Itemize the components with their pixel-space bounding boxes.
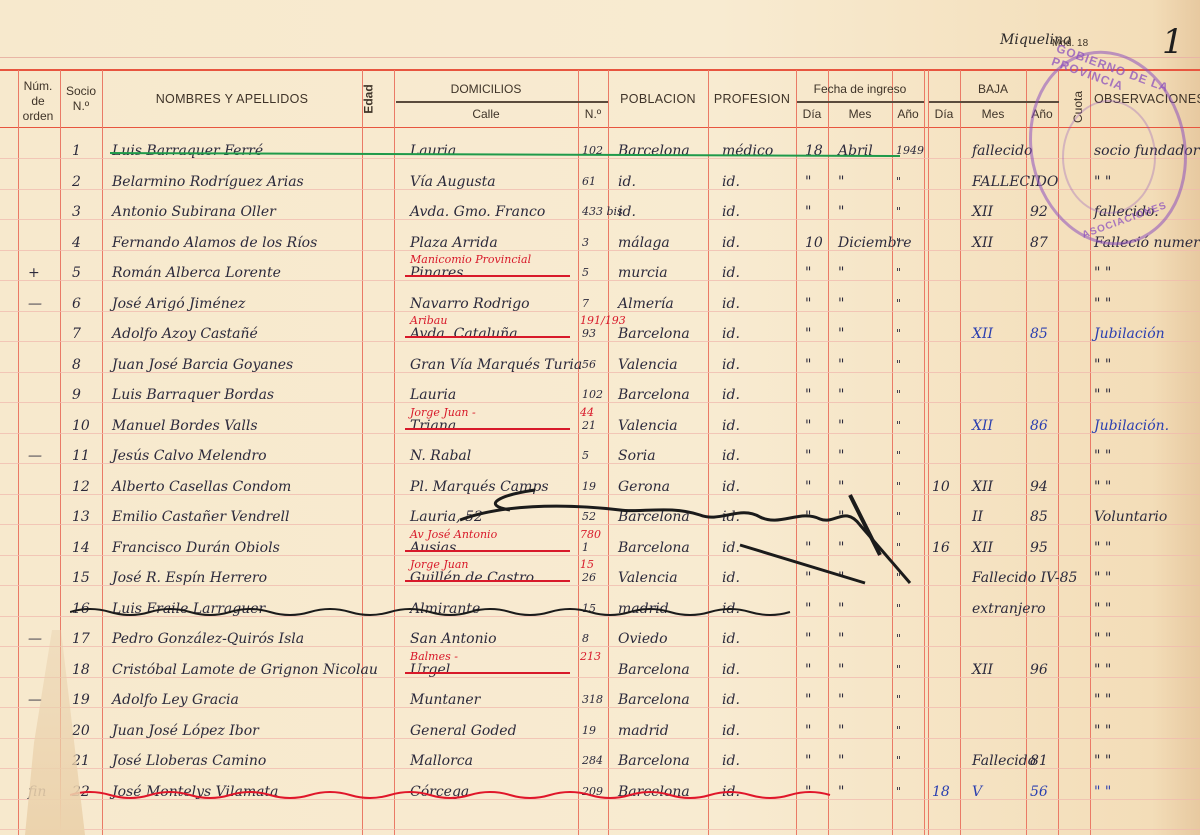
signature-scribble: [440, 465, 920, 585]
street-number: 5: [582, 265, 589, 281]
header-dia: Día: [796, 107, 828, 122]
leave-year: 81: [1030, 753, 1048, 769]
socio-number: 13: [72, 509, 90, 525]
observations: " ": [1094, 692, 1111, 708]
member-name: Román Alberca Lorente: [112, 265, 281, 281]
orden-mark: +: [28, 265, 40, 281]
observations: " ": [1094, 570, 1111, 586]
join-month: ": [838, 387, 844, 403]
leave-month: II: [972, 509, 983, 525]
city: Valencia: [618, 418, 678, 434]
street-number-correction: 213: [580, 649, 601, 665]
header-edad: Edad: [362, 80, 384, 120]
join-year: ": [896, 387, 901, 403]
city: Barcelona: [618, 387, 690, 403]
profession: id.: [722, 326, 740, 342]
join-year: ": [896, 631, 901, 647]
member-name: Manuel Bordes Valls: [112, 418, 258, 434]
orden-mark: —: [28, 448, 42, 464]
join-day: ": [805, 357, 811, 373]
page-number: 1: [1162, 22, 1184, 62]
profession: id.: [722, 753, 740, 769]
column-rule: [394, 70, 395, 835]
street-number: 56: [582, 357, 596, 373]
socio-number: 17: [72, 631, 90, 647]
socio-number: 5: [72, 265, 81, 281]
header-baja-mes: Mes: [960, 107, 1026, 122]
row-strikethrough: [70, 147, 990, 161]
leave-year: 56: [1030, 784, 1048, 800]
join-day: ": [805, 265, 811, 281]
orden-mark: —: [28, 631, 42, 647]
join-year: ": [896, 357, 901, 373]
member-name: José R. Espín Herrero: [112, 570, 267, 586]
socio-number: 12: [72, 479, 90, 495]
join-day: 10: [805, 235, 823, 251]
street-correction: Jorge Juan -: [410, 405, 476, 421]
street: Mallorca: [410, 753, 473, 769]
join-month: ": [838, 265, 844, 281]
join-year: ": [896, 723, 901, 739]
join-month: ": [838, 753, 844, 769]
city: Valencia: [618, 357, 678, 373]
member-name: Pedro González-Quirós Isla: [112, 631, 304, 647]
header-text: N.º: [60, 99, 102, 114]
join-year: ": [896, 296, 901, 312]
member-name: Jesús Calvo Melendro: [112, 448, 267, 464]
street: Plaza Arrida: [410, 235, 498, 251]
header-numero: N.º: [578, 107, 608, 122]
street-number: 19: [582, 723, 596, 739]
header-text: orden: [18, 109, 58, 124]
profession: id.: [722, 662, 740, 678]
header-fecha-ingreso: Fecha de ingreso: [796, 82, 924, 97]
header-divider: [797, 101, 924, 103]
leave-year: 85: [1030, 326, 1048, 342]
column-rule: [960, 70, 961, 835]
join-day: ": [805, 174, 811, 190]
street-correction: Manicomio Provincial: [410, 252, 531, 268]
street: Lauria: [410, 387, 456, 403]
join-day: ": [805, 296, 811, 312]
join-month: ": [838, 631, 844, 647]
member-name: Alberto Casellas Condom: [112, 479, 291, 495]
header-calle: Calle: [394, 107, 578, 122]
observations: Jubilación: [1094, 326, 1165, 342]
header-baja-dia: Día: [928, 107, 960, 122]
socio-number: 15: [72, 570, 90, 586]
city: Barcelona: [618, 326, 690, 342]
member-name: Emilio Castañer Vendrell: [112, 509, 290, 525]
street-number: 433 bis: [582, 204, 623, 220]
member-name: Adolfo Ley Gracia: [112, 692, 239, 708]
join-year: ": [896, 326, 901, 342]
column-rule: [578, 70, 579, 835]
join-day: ": [805, 418, 811, 434]
header-socio: Socio N.º: [60, 84, 102, 114]
join-day: ": [805, 662, 811, 678]
join-month: ": [838, 296, 844, 312]
stamp-emblem: [1062, 100, 1156, 214]
street: Vía Augusta: [410, 174, 496, 190]
member-name: Cristóbal Lamote de Grignon Nicolau: [112, 662, 378, 678]
street-number-correction: 44: [580, 405, 594, 421]
profession: id.: [722, 631, 740, 647]
leave-year: 87: [1030, 235, 1048, 251]
header-text: de: [18, 94, 58, 109]
ledger-page: Miquelina Mod. 18 1 Núm. de orden Socio …: [0, 0, 1200, 835]
street-number: 284: [582, 753, 603, 769]
member-name: Francisco Durán Obiols: [112, 540, 280, 556]
join-day: ": [805, 692, 811, 708]
join-day: ": [805, 204, 811, 220]
profession: id.: [722, 692, 740, 708]
header-mes: Mes: [828, 107, 892, 122]
profession: id.: [722, 723, 740, 739]
member-name: Juan José Barcia Goyanes: [112, 357, 293, 373]
leave-month: XII: [972, 479, 993, 495]
row-strikethrough: [70, 605, 990, 619]
street-correction: Balmes -: [410, 649, 458, 665]
observations: " ": [1094, 631, 1111, 647]
row-strikethrough: [70, 788, 990, 802]
join-month: ": [838, 204, 844, 220]
street: N. Rabal: [410, 448, 471, 464]
street-number: 5: [582, 448, 589, 464]
join-day: ": [805, 753, 811, 769]
column-rule: [828, 70, 829, 835]
observations: " ": [1094, 265, 1111, 281]
profession: id.: [722, 418, 740, 434]
profession: id.: [722, 235, 740, 251]
row-rule: [0, 829, 1200, 830]
member-name: Antonio Subirana Oller: [112, 204, 276, 220]
observations: Jubilación.: [1094, 418, 1169, 434]
header-divider: [396, 101, 608, 103]
join-month: ": [838, 662, 844, 678]
profession: id.: [722, 174, 740, 190]
observations: " ": [1094, 601, 1111, 617]
member-name: José Arigó Jiménez: [112, 296, 245, 312]
header-profesion: PROFESION: [708, 92, 796, 107]
correction-strike: [405, 672, 570, 674]
correction-strike: [405, 275, 570, 277]
join-year: ": [896, 662, 901, 678]
header-poblacion: POBLACION: [608, 92, 708, 107]
correction-strike: [405, 428, 570, 430]
leave-month: Fallecido: [972, 753, 1036, 769]
socio-number: 10: [72, 418, 90, 434]
profession: id.: [722, 448, 740, 464]
leave-day: 16: [932, 540, 950, 556]
member-name: Luis Barraquer Bordas: [112, 387, 274, 403]
profession: id.: [722, 357, 740, 373]
street-number: 318: [582, 692, 603, 708]
socio-number: 6: [72, 296, 81, 312]
observations: " ": [1094, 723, 1111, 739]
join-day: ": [805, 448, 811, 464]
socio-number: 8: [72, 357, 81, 373]
leave-year: 94: [1030, 479, 1048, 495]
join-day: ": [805, 387, 811, 403]
join-month: ": [838, 326, 844, 342]
profession: id.: [722, 387, 740, 403]
join-day: ": [805, 631, 811, 647]
join-day: ": [805, 326, 811, 342]
city: málaga: [618, 235, 670, 251]
join-year: ": [896, 692, 901, 708]
column-rule: [18, 70, 19, 835]
street: Muntaner: [410, 692, 480, 708]
column-rule: [608, 70, 609, 835]
header-text: Socio: [60, 84, 102, 99]
leave-month: XII: [972, 235, 993, 251]
street: Navarro Rodrigo: [410, 296, 530, 312]
column-rule: [892, 70, 893, 835]
leave-year: 95: [1030, 540, 1048, 556]
correction-strike: [405, 336, 570, 338]
join-year: ": [896, 753, 901, 769]
city: id.: [618, 204, 636, 220]
street-correction: Aribau: [410, 313, 447, 329]
street-number: 102: [582, 387, 603, 403]
city: id.: [618, 174, 636, 190]
socio-number: 2: [72, 174, 81, 190]
socio-number: 14: [72, 540, 90, 556]
join-month: ": [838, 418, 844, 434]
orden-mark: —: [28, 692, 42, 708]
join-year: ": [896, 174, 901, 190]
join-month: ": [838, 448, 844, 464]
observations: " ": [1094, 753, 1111, 769]
top-rule: [0, 57, 1200, 58]
observations: " ": [1094, 448, 1111, 464]
leave-month: XII: [972, 662, 993, 678]
leave-year: 86: [1030, 418, 1048, 434]
column-rule: [102, 70, 103, 835]
city: Soria: [618, 448, 656, 464]
column-rule: [708, 70, 709, 835]
street-number: 7: [582, 296, 589, 312]
leave-year: 96: [1030, 662, 1048, 678]
socio-number: 18: [72, 662, 90, 678]
city: Almería: [618, 296, 674, 312]
observations: " ": [1094, 784, 1111, 800]
observations: " ": [1094, 662, 1111, 678]
city: madrid: [618, 723, 669, 739]
leave-day: 10: [932, 479, 950, 495]
street-number: 8: [582, 631, 589, 647]
observations: " ": [1094, 296, 1111, 312]
street: General Goded: [410, 723, 517, 739]
street-number-correction: 191/193: [580, 313, 626, 329]
city: murcia: [618, 265, 668, 281]
header-text: Núm.: [18, 79, 58, 94]
join-month: ": [838, 357, 844, 373]
header-top-rule: [0, 69, 1200, 71]
observations: " ": [1094, 479, 1111, 495]
header-text: Edad: [362, 84, 376, 113]
column-rule: [924, 70, 925, 835]
socio-number: 3: [72, 204, 81, 220]
leave-month: XII: [972, 326, 993, 342]
socio-number: 7: [72, 326, 81, 342]
header-num-orden: Núm. de orden: [18, 79, 58, 124]
header-domicilios: DOMICILIOS: [394, 82, 578, 97]
join-day: ": [805, 723, 811, 739]
member-name: Belarmino Rodríguez Arias: [112, 174, 304, 190]
street: San Antonio: [410, 631, 497, 647]
leave-year: 92: [1030, 204, 1048, 220]
socio-number: 11: [72, 448, 90, 464]
join-year: ": [896, 265, 901, 281]
observations: Voluntario: [1094, 509, 1167, 525]
leave-month: XII: [972, 204, 993, 220]
city: Barcelona: [618, 753, 690, 769]
member-name: Fernando Alamos de los Ríos: [112, 235, 317, 251]
header-bottom-rule: [0, 127, 1200, 128]
leave-month: XII: [972, 418, 993, 434]
join-month: ": [838, 174, 844, 190]
socio-number: 19: [72, 692, 90, 708]
member-name: José Lloberas Camino: [112, 753, 266, 769]
join-year: ": [896, 235, 901, 251]
column-rule: [928, 70, 929, 835]
socio-number: 9: [72, 387, 81, 403]
column-rule: [796, 70, 797, 835]
observations: " ": [1094, 357, 1111, 373]
profession: id.: [722, 265, 740, 281]
leave-month: XII: [972, 540, 993, 556]
city: Oviedo: [618, 631, 668, 647]
profession: id.: [722, 204, 740, 220]
header-nombres: NOMBRES Y APELLIDOS: [102, 92, 362, 107]
header-anio: Año: [892, 107, 924, 122]
join-year: ": [896, 204, 901, 220]
member-name: Juan José López Ibor: [112, 723, 259, 739]
join-month: ": [838, 723, 844, 739]
leave-year: 85: [1030, 509, 1048, 525]
observations: " ": [1094, 540, 1111, 556]
join-month: ": [838, 692, 844, 708]
observations: " ": [1094, 387, 1111, 403]
city: Barcelona: [618, 662, 690, 678]
join-year: ": [896, 448, 901, 464]
member-name: Adolfo Azoy Castañé: [112, 326, 258, 342]
city: Barcelona: [618, 692, 690, 708]
street-number: 3: [582, 235, 589, 251]
socio-number: 20: [72, 723, 90, 739]
socio-number: 4: [72, 235, 81, 251]
orden-mark: —: [28, 296, 42, 312]
column-rule: [362, 70, 363, 835]
profession: id.: [722, 296, 740, 312]
street-number: 61: [582, 174, 596, 190]
street: Gran Vía Marqués Turia: [410, 357, 582, 373]
street: Avda. Gmo. Franco: [410, 204, 545, 220]
join-year: ": [896, 418, 901, 434]
leave-month: Fallecido IV-85: [972, 570, 1077, 586]
